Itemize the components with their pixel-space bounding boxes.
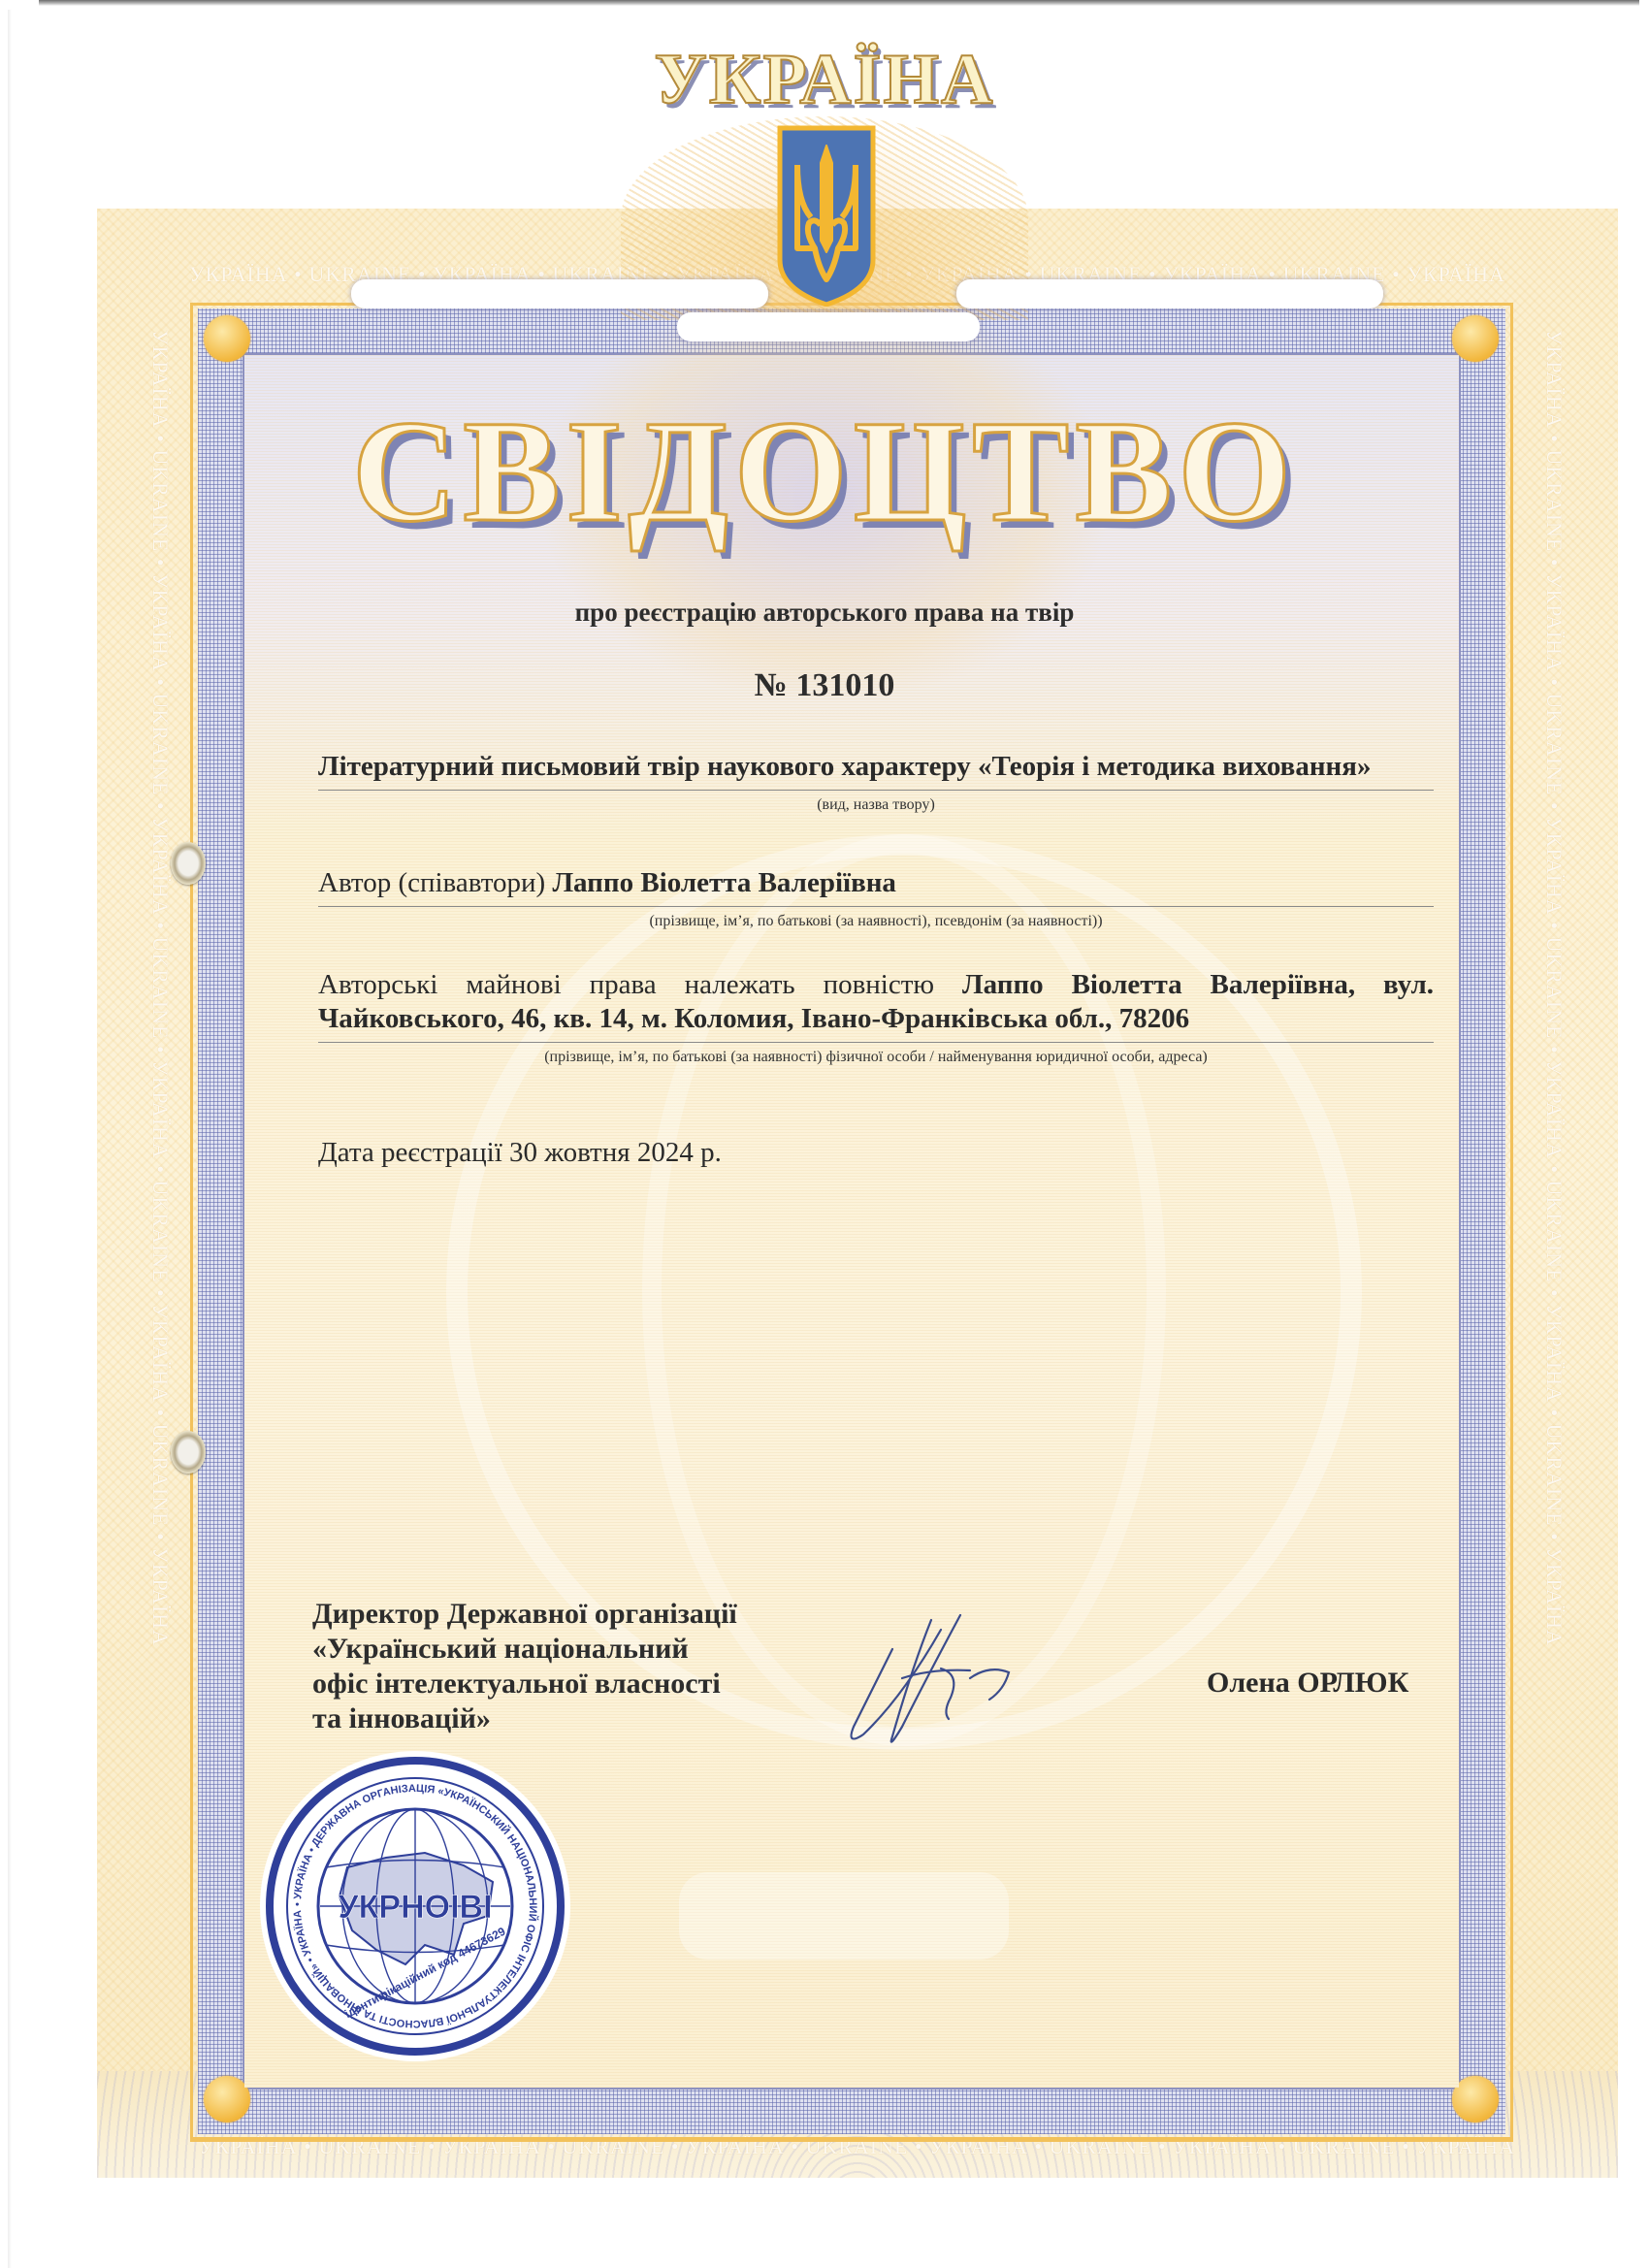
field-work: Літературний письмовий твір наукового ха… [318, 750, 1434, 814]
author-label: Автор (співавтори) [318, 867, 545, 898]
scan-edge-left [8, 10, 12, 2268]
registration-date: Дата реєстрації 30 жовтня 2024 р. [318, 1137, 722, 1169]
corner-globe-icon [204, 315, 250, 362]
field-divider [318, 790, 1434, 791]
field-divider [318, 906, 1434, 907]
binding-grommet [171, 842, 206, 885]
handwritten-signature [834, 1610, 1067, 1756]
stamp-center-text: УКРНОІВІ [338, 1889, 492, 1926]
header-plate-right [956, 279, 1383, 308]
gold-rule-bottom [190, 2137, 1513, 2142]
header-plate-left [351, 279, 768, 308]
field-author: Автор (співавтори) Лаппо Віолетта Валері… [318, 866, 1434, 930]
owner-label: Авторські майнові права належать повніст… [318, 969, 934, 1000]
signer-name: Олена ОРЛЮК [1207, 1667, 1408, 1700]
stamp-graphic: УКРНОІВІ • УКРАЇНА • ДЕРЖАВНА ОРГАНІЗАЦІ… [260, 1751, 570, 2061]
field-caption: (прізвище, ім’я, по батькові (за наявнос… [318, 913, 1434, 930]
corner-globe-icon [1452, 315, 1499, 362]
author-value: Лаппо Віолетта Валеріївна [552, 867, 896, 898]
border-ribbon-right: УКРАЇНА • UKRAINE • УКРАЇНА • UKRAINE • … [1541, 330, 1567, 2095]
certificate-subtitle: про реєстрацію авторського права на твір [0, 598, 1649, 628]
field-caption: (прізвище, ім’я, по батькові (за наявнос… [318, 1049, 1434, 1066]
corner-globe-icon [1452, 2076, 1499, 2122]
gold-rule-left [190, 303, 193, 2140]
scan-edge [39, 0, 1639, 6]
work-title-value: Літературний письмовий твір наукового ха… [318, 750, 1434, 784]
director-position: Директор Державної організації «Українсь… [312, 1597, 737, 1736]
blank-strip [679, 1872, 1009, 1960]
certificate-title: СВІДОЦТВО [0, 388, 1649, 555]
corner-globe-icon [204, 2076, 250, 2122]
director-line: та інновацій» [312, 1701, 737, 1736]
field-owner: Авторські майнові права належать повніст… [318, 968, 1434, 1066]
director-line: офіс інтелектуальної власності [312, 1667, 737, 1701]
certificate-number: № 131010 [0, 667, 1649, 704]
binding-grommet [171, 1431, 206, 1474]
border-ribbon-left: УКРАЇНА • UKRAINE • УКРАЇНА • UKRAINE • … [147, 330, 173, 2095]
country-title: УКРАЇНА [0, 39, 1649, 121]
field-divider [318, 1042, 1434, 1043]
header-plate-center [677, 312, 980, 341]
tryzub-coat-of-arms-icon [776, 124, 877, 307]
director-line: Директор Державної організації [312, 1597, 737, 1632]
field-caption: (вид, назва твору) [318, 796, 1434, 814]
official-stamp: УКРНОІВІ • УКРАЇНА • ДЕРЖАВНА ОРГАНІЗАЦІ… [260, 1751, 570, 2061]
gold-rule-right [1510, 303, 1513, 2140]
director-line: «Український національний [312, 1632, 737, 1667]
